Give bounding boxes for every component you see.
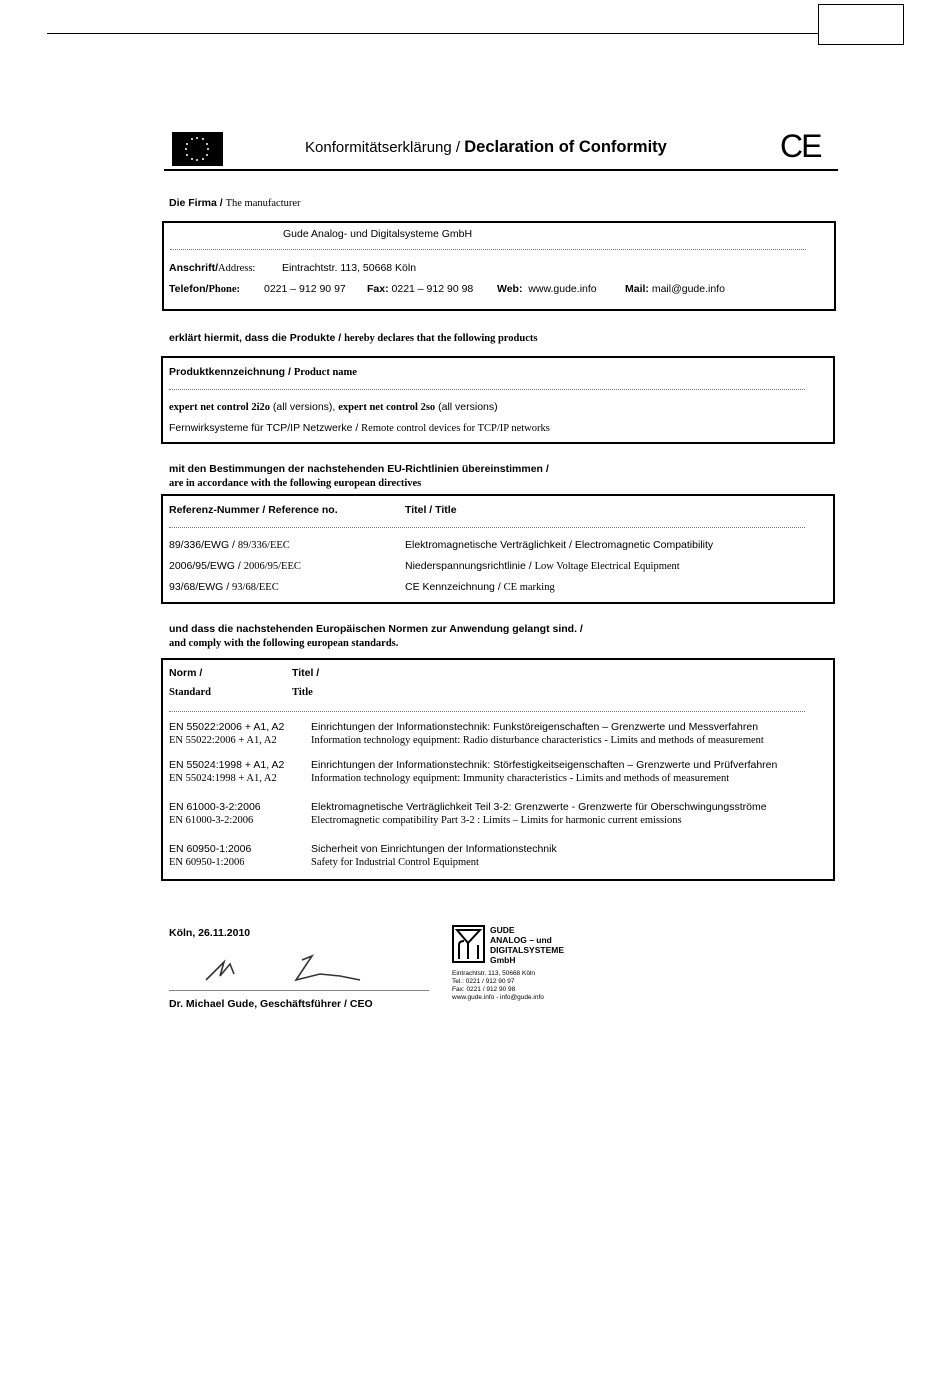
standard-norm-en: EN 55022:2006 + A1, A2 (169, 735, 277, 746)
standards-box: Norm / Titel / Standard Title EN 55022:2… (161, 658, 835, 881)
address-label: Anschrift/Address: (169, 262, 255, 274)
standard-norm: EN 55024:1998 + A1, A2 (169, 759, 284, 771)
header-rule (47, 33, 819, 34)
standard-title-de: Sicherheit von Einrichtungen der Informa… (311, 843, 557, 855)
address-value: Eintrachtstr. 113, 50668 Köln (282, 262, 416, 274)
mail: Mail: mail@gude.info (625, 283, 725, 295)
standard-norm: EN 60950-1:2006 (169, 843, 251, 855)
page-number-box (818, 4, 904, 45)
phone-value: 0221 – 912 90 97 (264, 283, 346, 295)
product-box: Produktkennzeichnung / Product name expe… (161, 356, 835, 444)
directive-title: Niederspannungsrichtlinie / Low Voltage … (405, 560, 680, 572)
standard-norm-en: EN 55024:1998 + A1, A2 (169, 773, 277, 784)
place-date: Köln, 26.11.2010 (169, 927, 250, 939)
standard-title-en: Safety for Industrial Control Equipment (311, 857, 479, 868)
signature-icon (200, 950, 380, 986)
manufacturer-label: Die Firma / The manufacturer (169, 196, 301, 211)
col-norm-de: Norm / (169, 667, 202, 679)
directive-title: CE Kennzeichnung / CE marking (405, 581, 555, 593)
phone-label: Telefon/Phone: (169, 283, 240, 295)
eu-flag-icon (172, 132, 223, 166)
page-title: Konformitätserklärung / Declaration of C… (305, 138, 667, 157)
directive-ref: 93/68/EWG / 93/68/EEC (169, 581, 279, 593)
product-names: expert net control 2i2o (all versions), … (169, 401, 498, 413)
standard-title-en: Information technology equipment: Immuni… (311, 773, 729, 784)
standard-title-en: Electromagnetic compatibility Part 3-2 :… (311, 815, 682, 826)
directive-ref: 2006/95/EWG / 2006/95/EEC (169, 560, 301, 572)
signer-name: Dr. Michael Gude, Geschäftsführer / CEO (169, 998, 373, 1010)
standard-norm-en: EN 60950-1:2006 (169, 857, 245, 868)
col-title-en: Title (292, 687, 313, 698)
directives-box: Referenz-Nummer / Reference no. Titel / … (161, 494, 835, 604)
manufacturer-box: Gude Analog- und Digitalsysteme GmbH Ans… (162, 221, 836, 311)
col-title-de: Titel / (292, 667, 319, 679)
standard-norm-en: EN 61000-3-2:2006 (169, 815, 253, 826)
directive-title: Elektromagnetische Verträglichkeit / Ele… (405, 539, 713, 551)
product-label: Produktkennzeichnung / Product name (169, 366, 357, 378)
logo-name: GUDEANALOG – undDIGITALSYSTEMEGmbH (490, 925, 564, 965)
directives-intro: mit den Bestimmungen der nachstehenden E… (169, 462, 549, 491)
standard-title-en: Information technology equipment: Radio … (311, 735, 764, 746)
standard-title-de: Einrichtungen der Informationstechnik: S… (311, 759, 777, 771)
signature-line (169, 990, 429, 991)
col-norm-en: Standard (169, 687, 211, 698)
standards-intro: und dass die nachstehenden Europäischen … (169, 622, 583, 651)
standard-title-de: Einrichtungen der Informationstechnik: F… (311, 721, 758, 733)
web: Web: www.gude.info (497, 283, 597, 295)
logo-address: Eintrachtstr. 113, 50668 KölnTel.: 0221 … (452, 970, 544, 1002)
standard-norm: EN 61000-3-2:2006 (169, 801, 261, 813)
col-title: Titel / Title (405, 504, 457, 516)
standard-norm: EN 55022:2006 + A1, A2 (169, 721, 284, 733)
gude-logo-icon (452, 925, 485, 963)
standard-title-de: Elektromagnetische Verträglichkeit Teil … (311, 801, 767, 813)
manufacturer-name: Gude Analog- und Digitalsysteme GmbH (283, 228, 472, 240)
fax: Fax: 0221 – 912 90 98 (367, 283, 473, 295)
title-rule (164, 169, 838, 171)
directive-ref: 89/336/EWG / 89/336/EEC (169, 539, 290, 551)
col-reference: Referenz-Nummer / Reference no. (169, 504, 338, 516)
declares-text: erklärt hiermit, dass die Produkte / her… (169, 331, 537, 346)
ce-mark-icon: CE (780, 128, 820, 165)
product-description: Fernwirksysteme für TCP/IP Netzwerke / R… (169, 422, 550, 434)
